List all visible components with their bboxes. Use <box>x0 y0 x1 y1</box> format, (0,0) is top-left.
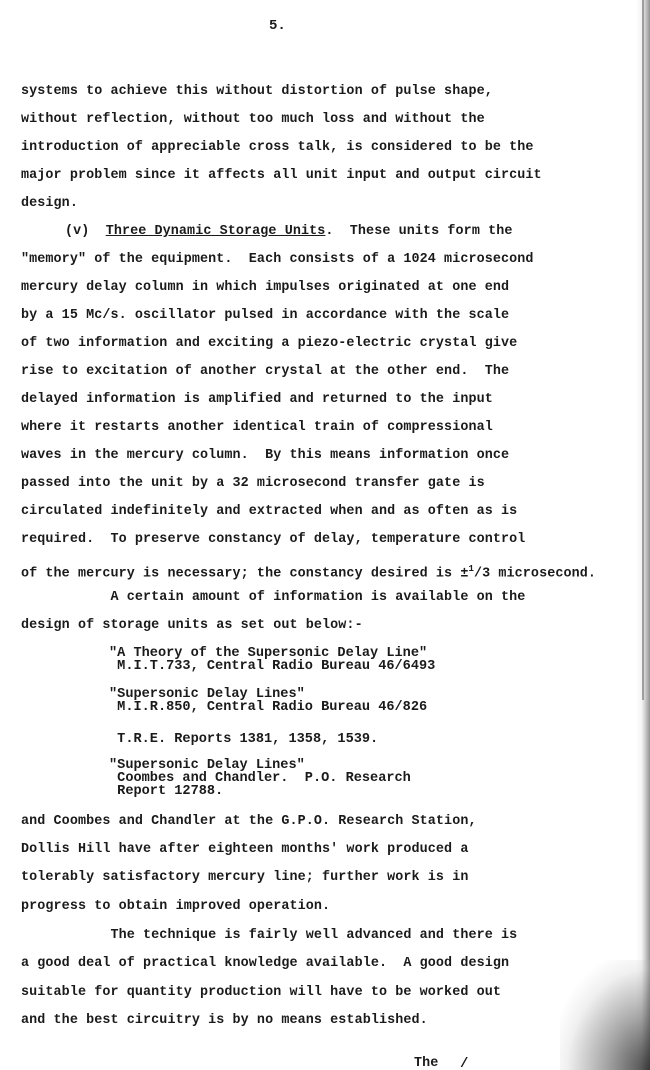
text-line: design of storage units as set out below… <box>21 618 363 634</box>
text-fragment: /3 microsecond. <box>474 566 596 581</box>
text-line: of the mercury is necessary; the constan… <box>21 561 596 582</box>
text-line: and Coombes and Chandler at the G.P.O. R… <box>21 814 477 830</box>
text-line: The technique is fairly well advanced an… <box>21 928 517 944</box>
reference-detail: M.I.T.733, Central Radio Bureau 46/6493 <box>109 660 435 673</box>
text-line: systems to achieve this without distorti… <box>21 84 493 100</box>
text-line: rise to excitation of another crystal at… <box>21 364 509 380</box>
text-line: Dollis Hill have after eighteen months' … <box>21 842 468 858</box>
text-line: passed into the unit by a 32 microsecond… <box>21 476 485 492</box>
text-line: A certain amount of information is avail… <box>21 590 525 606</box>
text-line: and the best circuitry is by no means es… <box>21 1013 428 1029</box>
section-heading: Three Dynamic Storage Units <box>106 224 326 239</box>
section-number: (v) <box>65 224 89 239</box>
text-line: major problem since it affects all unit … <box>21 168 542 184</box>
section-heading-rest: . These units form the <box>325 224 512 239</box>
reference-title: T.R.E. Reports 1381, 1358, 1539. <box>109 733 378 746</box>
text-line: "memory" of the equipment. Each consists… <box>21 252 534 268</box>
text-line: delayed information is amplified and ret… <box>21 392 493 408</box>
catchword-slash: / <box>460 1056 468 1070</box>
text-line: by a 15 Mc/s. oscillator pulsed in accor… <box>21 308 509 324</box>
scan-smudge <box>560 960 650 1070</box>
text-line: tolerably satisfactory mercury line; fur… <box>21 870 468 886</box>
catchword: The <box>414 1056 438 1070</box>
text-line: mercury delay column in which impulses o… <box>21 280 509 296</box>
text-fragment: of the mercury is necessary; the constan… <box>21 566 468 581</box>
text-line: suitable for quantity production will ha… <box>21 985 501 1001</box>
text-line: waves in the mercury column. By this mea… <box>21 448 509 464</box>
page-number: 5. <box>269 18 286 34</box>
reference-detail: Report 12788. <box>109 785 223 798</box>
text-line: circulated indefinitely and extracted wh… <box>21 504 517 520</box>
document-page: 5. systems to achieve this without disto… <box>0 0 650 1070</box>
text-line: where it restarts another identical trai… <box>21 420 493 436</box>
section-heading-line: (v) Three Dynamic Storage Units. These u… <box>65 224 513 240</box>
text-line: of two information and exciting a piezo-… <box>21 336 517 352</box>
text-line: without reflection, without too much los… <box>21 112 485 128</box>
text-line: progress to obtain improved operation. <box>21 899 330 915</box>
text-line: design. <box>21 196 78 212</box>
text-line: introduction of appreciable cross talk, … <box>21 140 534 156</box>
text-line: required. To preserve constancy of delay… <box>21 532 525 548</box>
text-line: a good deal of practical knowledge avail… <box>21 956 509 972</box>
reference-detail: M.I.R.850, Central Radio Bureau 46/826 <box>109 701 427 714</box>
binding-line <box>642 0 644 700</box>
